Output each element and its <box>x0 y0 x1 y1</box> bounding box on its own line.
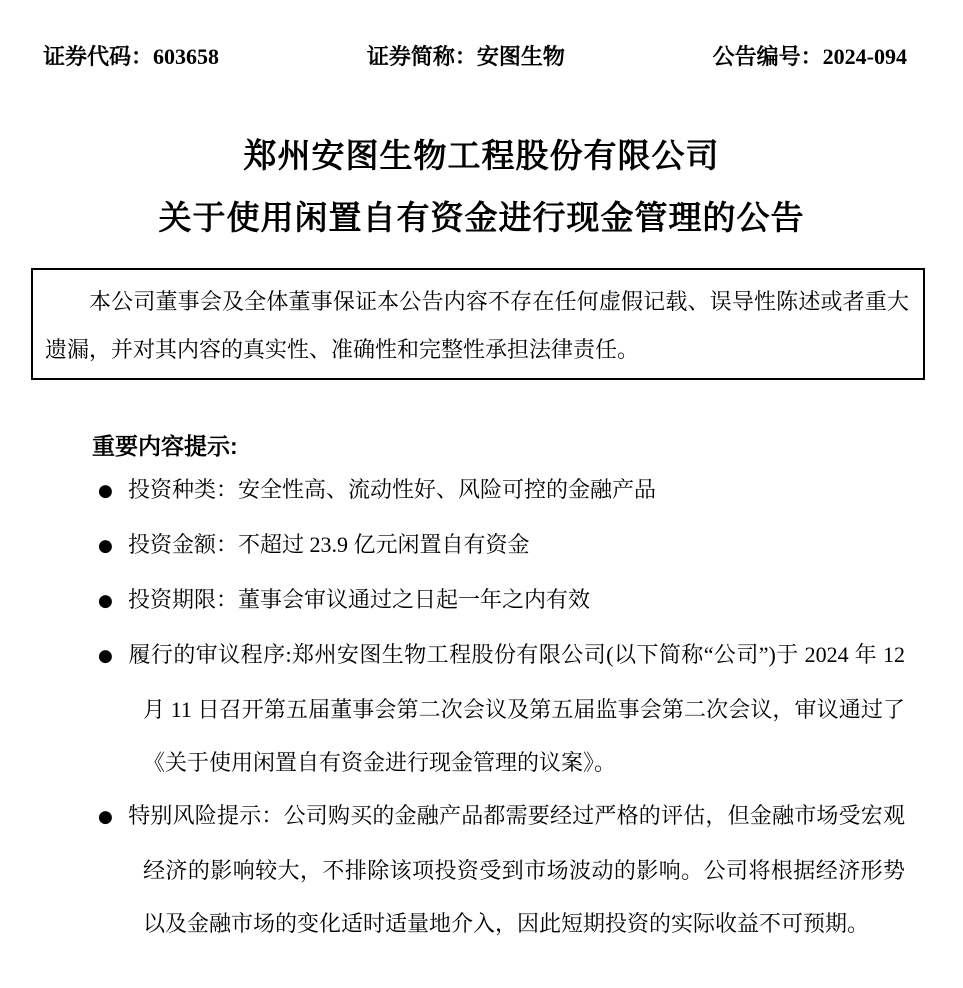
highlights-list: ●投资种类：安全性高、流动性好、风险可控的金融产品●投资金额：不超过 23.9 … <box>0 463 963 950</box>
highlight-item: ●投资金额：不超过 23.9 亿元闲置自有资金 <box>143 518 905 573</box>
stock-short-name: 证券简称：安图生物 <box>367 44 565 70</box>
highlight-item: ●投资期限：董事会审议通过之日起一年之内有效 <box>143 573 905 628</box>
highlight-item-text: 履行的审议程序:郑州安图生物工程股份有限公司(以下简称“公司”)于 2024 年… <box>128 642 905 775</box>
highlight-item-text: 投资金额：不超过 23.9 亿元闲置自有资金 <box>128 532 530 557</box>
document-header: 证券代码：603658 证券简称：安图生物 公告编号：2024-094 <box>0 0 963 70</box>
highlight-item: ●履行的审议程序:郑州安图生物工程股份有限公司(以下简称“公司”)于 2024 … <box>143 628 905 789</box>
highlight-item-text: 投资期限：董事会审议通过之日起一年之内有效 <box>128 587 590 612</box>
bullet-icon: ● <box>98 465 128 518</box>
highlight-item: ●投资种类：安全性高、流动性好、风险可控的金融产品 <box>143 463 905 518</box>
disclaimer-text: 本公司董事会及全体董事保证本公告内容不存在任何虚假记载、误导性陈述或者重大遗漏，… <box>45 278 909 374</box>
highlight-item-text: 投资种类：安全性高、流动性好、风险可控的金融产品 <box>128 477 656 502</box>
title-line-subject: 关于使用闲置自有资金进行现金管理的公告 <box>0 187 963 249</box>
document-title: 郑州安图生物工程股份有限公司 关于使用闲置自有资金进行现金管理的公告 <box>0 125 963 249</box>
disclaimer-box: 本公司董事会及全体董事保证本公告内容不存在任何虚假记载、误导性陈述或者重大遗漏，… <box>31 268 925 380</box>
highlight-item: ●特别风险提示：公司购买的金融产品都需要经过严格的评估，但金融市场受宏观经济的影… <box>143 789 905 950</box>
bullet-icon: ● <box>98 791 128 844</box>
bullet-icon: ● <box>98 520 128 573</box>
bullet-icon: ● <box>98 630 128 683</box>
stock-code: 证券代码：603658 <box>43 44 219 70</box>
announcement-number: 公告编号：2024-094 <box>713 44 907 70</box>
highlights-heading: 重要内容提示: <box>92 433 963 459</box>
highlight-item-text: 特别风险提示：公司购买的金融产品都需要经过严格的评估，但金融市场受宏观经济的影响… <box>128 803 905 936</box>
title-line-company: 郑州安图生物工程股份有限公司 <box>0 125 963 187</box>
bullet-icon: ● <box>98 575 128 628</box>
announcement-document: 证券代码：603658 证券简称：安图生物 公告编号：2024-094 郑州安图… <box>0 0 963 988</box>
